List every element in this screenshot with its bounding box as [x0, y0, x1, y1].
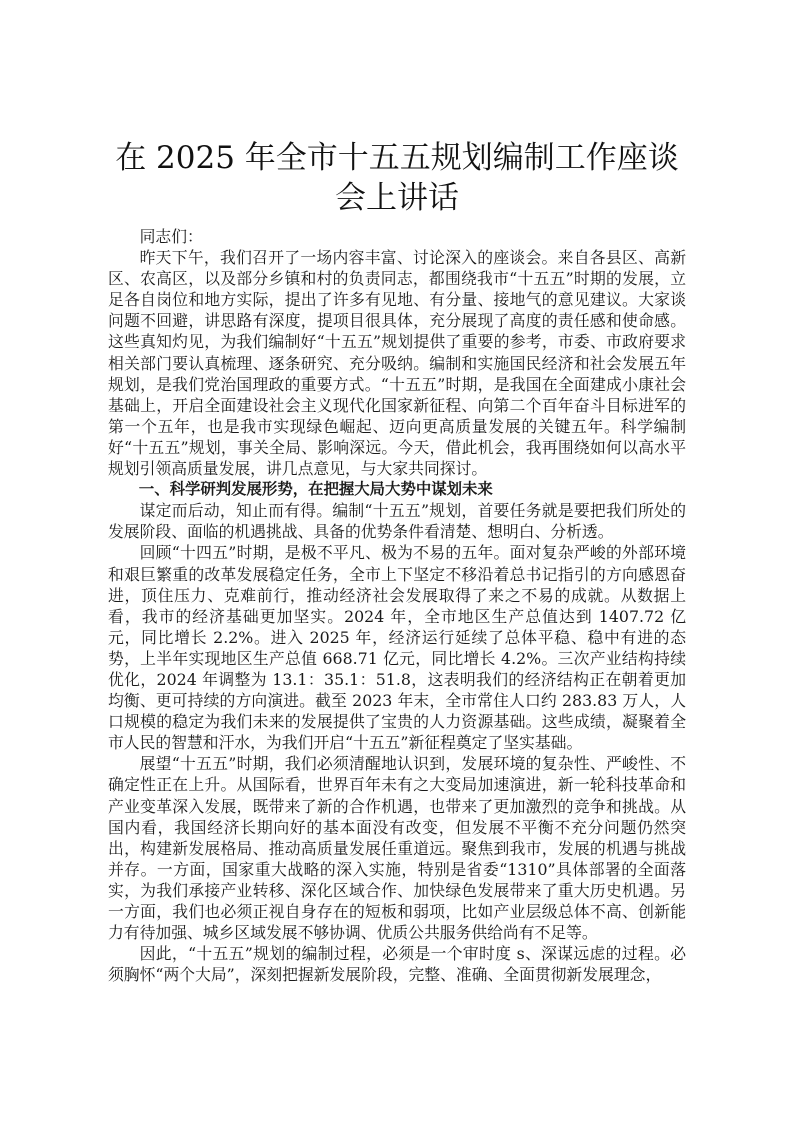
section-heading-1: 一、科学研判发展形势，在把握大局大势中谋划未来	[108, 479, 686, 500]
section-1-paragraph-2: 回顾“十四五”时期，是极不平凡、极为不易的五年。面对复杂严峻的外部环境和艰巨繁重…	[108, 542, 686, 753]
document-page: 在 2025 年全市十五五规划编制工作座谈会上讲话 同志们： 昨天下午，我们召开…	[108, 138, 686, 985]
intro-paragraph: 昨天下午，我们召开了一场内容丰富、讨论深入的座谈会。来自各县区、高新区、农高区，…	[108, 247, 686, 479]
document-title: 在 2025 年全市十五五规划编制工作座谈会上讲话	[108, 138, 686, 218]
salutation: 同志们：	[108, 226, 686, 247]
section-1-paragraph-3: 展望“十五五”时期，我们必须清醒地认识到，发展环境的复杂性、严峻性、不确定性正在…	[108, 753, 686, 943]
section-1-paragraph-4: 因此，“十五五”规划的编制过程，必须是一个审时度 s、深谋远虑的过程。必须胸怀“…	[108, 943, 686, 985]
document-body: 同志们： 昨天下午，我们召开了一场内容丰富、讨论深入的座谈会。来自各县区、高新区…	[108, 226, 686, 985]
section-1-paragraph-1: 谋定而后动，知止而有得。编制“十五五”规划，首要任务就是要把我们所处的发展阶段、…	[108, 500, 686, 542]
